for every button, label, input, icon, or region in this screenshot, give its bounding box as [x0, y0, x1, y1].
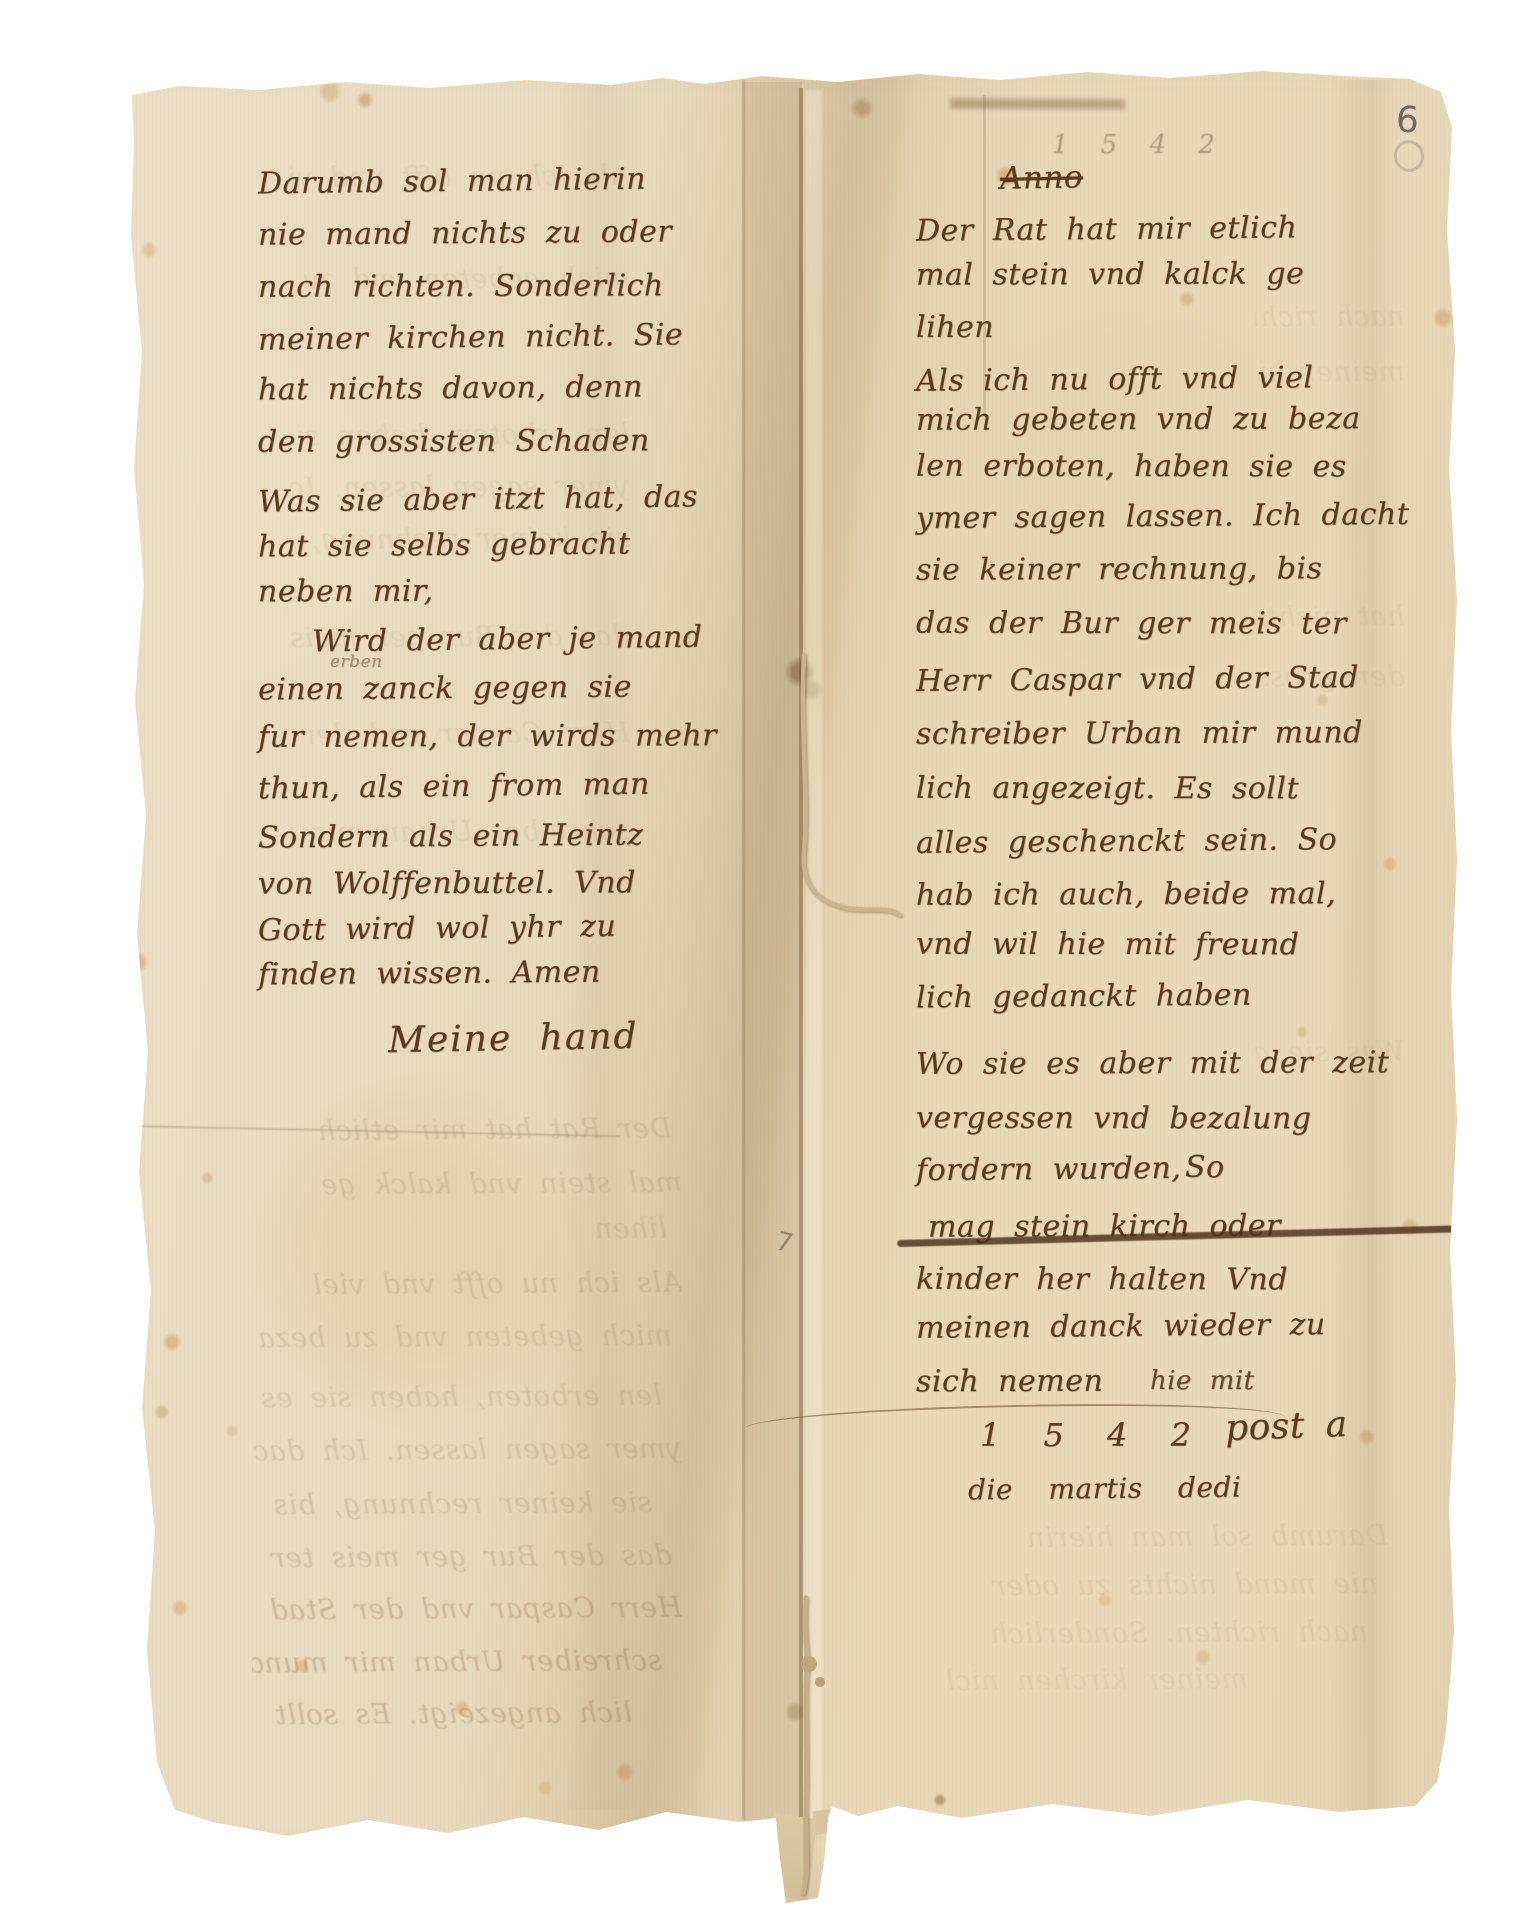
ghost-bleedthrough-line: ymer sagen lassen. Ich dacht: [252, 1431, 682, 1467]
frayed-paper-stub: [812, 1809, 833, 1835]
manuscript-line: Wo sie es aber mit der zeit: [916, 1045, 1389, 1082]
manuscript-line: meiner kirchen nicht. Sie: [258, 317, 684, 357]
manuscript-line: Der Rat hat mir etlich: [916, 210, 1298, 248]
ghost-bleedthrough-line: Als ich nu offt vnd viel: [252, 1265, 682, 1301]
manuscript-line: Als ich nu offt vnd viel: [916, 360, 1314, 398]
manuscript-line: hab ich auch, beide mal,: [916, 876, 1336, 912]
manuscript-line: lich angezeigt. Es sollt: [916, 771, 1299, 807]
manuscript-line: meinen danck wieder zu: [916, 1307, 1326, 1346]
manuscript-line: thun, als ein from man: [258, 767, 650, 807]
manuscript-line: von Wolffenbuttel. Vnd: [258, 865, 636, 901]
manuscript-line: lihen: [916, 310, 994, 345]
year-note-post: post a: [1224, 1404, 1348, 1449]
paper-spread: Der Rat hat mir etlichmal stein vnd kalc…: [0, 0, 1533, 1920]
manuscript-line: hat nichts davon, denn: [258, 369, 643, 407]
gutter-crease: [742, 80, 745, 1820]
manuscript-photo: Der Rat hat mir etlichmal stein vnd kalc…: [0, 0, 1533, 1920]
manuscript-line: vnd wil hie mit freund: [916, 927, 1299, 963]
manuscript-line: lich gedanckt haben: [916, 978, 1252, 1016]
ghost-bleedthrough-line: lich angezeigt. Es sollt: [252, 1696, 632, 1732]
manuscript-line: fordern wurden,: [916, 1151, 1182, 1188]
manuscript-line: Darumb sol man hierin: [258, 162, 646, 202]
ghost-bleedthrough-line: sie keiner rechnung, bis: [252, 1486, 652, 1522]
manuscript-line: mich gebeten vnd zu beza: [916, 401, 1361, 438]
folio-number: 6: [1395, 99, 1420, 141]
manuscript-line: kinder her halten Vnd: [916, 1262, 1288, 1298]
manuscript-line-struck: mag stein kirch oder: [928, 1204, 1533, 1244]
year-1542: 1 5 4 2: [980, 1416, 1203, 1454]
ghost-year-digits: 1 5 4 2: [1052, 130, 1223, 160]
manuscript-line: len erboten, haben sie es: [916, 449, 1347, 485]
line-tail-so: So: [1185, 1150, 1225, 1185]
ghost-bleedthrough-line: nach richten. Sonderlich: [948, 1615, 1368, 1651]
manuscript-line: sie keiner rechnung, bis: [916, 551, 1323, 587]
ghost-bleedthrough-line: mal stein vnd kalck ge: [252, 1165, 682, 1201]
manuscript-line: einen zanck gegen sie: [258, 670, 632, 708]
manuscript-line: Sondern als ein Heintz: [258, 817, 644, 855]
page-right-text: Der Rat hat mir etlichmal stein vnd kalc…: [0, 0, 1533, 35]
manuscript-line: nie mand nichts zu oder: [258, 214, 672, 252]
ghost-bleedthrough-line: nach richten. Sonderlich: [1255, 299, 1405, 333]
binding-stub: [744, 82, 802, 1822]
manuscript-line: Was sie aber itzt hat, das: [258, 479, 698, 519]
manuscript-line: neben mir,: [258, 574, 434, 610]
manuscript-line: vergessen vnd bezalung: [916, 1101, 1312, 1137]
ghost-bleedthrough-line: schreiber Urban mir mund: [252, 1644, 662, 1680]
interlinear-word: erben: [330, 652, 383, 672]
manuscript-line: nach richten. Sonderlich: [258, 268, 664, 304]
ghost-bleedthrough-line: nie mand nichts zu oder: [948, 1566, 1378, 1602]
manuscript-line: alles geschenckt sein. So: [916, 822, 1337, 861]
gutter-highlight: [806, 90, 822, 1820]
ghost-bleedthrough-line: lihen: [252, 1212, 667, 1248]
ghost-bleedthrough-line: meiner kirchen nicht. Sie: [948, 1662, 1248, 1697]
manuscript-line: ymer sagen lassen. Ich dacht: [916, 497, 1410, 536]
signature-line: Meine hand: [388, 1016, 639, 1061]
manuscript-line: fur nemen, der wirds mehr: [258, 718, 717, 755]
manuscript-line: Gott wird wol yhr zu: [258, 909, 617, 948]
manuscript-line: schreiber Urban mir mund: [916, 715, 1363, 752]
right-page-heading-struck: Anno: [1000, 159, 1084, 196]
ghost-bleedthrough-line: Der Rat hat mir etlich: [252, 1112, 672, 1148]
last-line-date: die martis dedi: [968, 1471, 1242, 1507]
ghost-bleedthrough-line: Herr Caspar vnd der Stad: [252, 1590, 682, 1626]
manuscript-line: hat sie selbs gebracht: [258, 527, 631, 565]
manuscript-line: den grossisten Schaden: [258, 423, 650, 459]
manuscript-line: finden wissen. Amen: [258, 955, 601, 993]
manuscript-line: das der Bur ger meis ter: [916, 606, 1347, 642]
top-edge-stain: [950, 99, 1125, 110]
ghost-bleedthrough-line: len erboten, haben sie es: [252, 1379, 662, 1415]
manuscript-line: sich nemen: [916, 1364, 1103, 1400]
gutter-crease: [799, 88, 803, 1824]
line-tail-hie-mit: hie mit: [1150, 1366, 1255, 1396]
ghost-bleedthrough-line: Darumb sol man hierin: [948, 1518, 1388, 1554]
ghost-bleedthrough-line: mich gebeten vnd zu beza: [252, 1319, 672, 1355]
manuscript-line: mal stein vnd kalck ge: [916, 256, 1304, 292]
ghost-bleedthrough-line: das der Bur ger meis ter: [252, 1539, 672, 1575]
manuscript-line: Herr Caspar vnd der Stad: [916, 660, 1359, 699]
